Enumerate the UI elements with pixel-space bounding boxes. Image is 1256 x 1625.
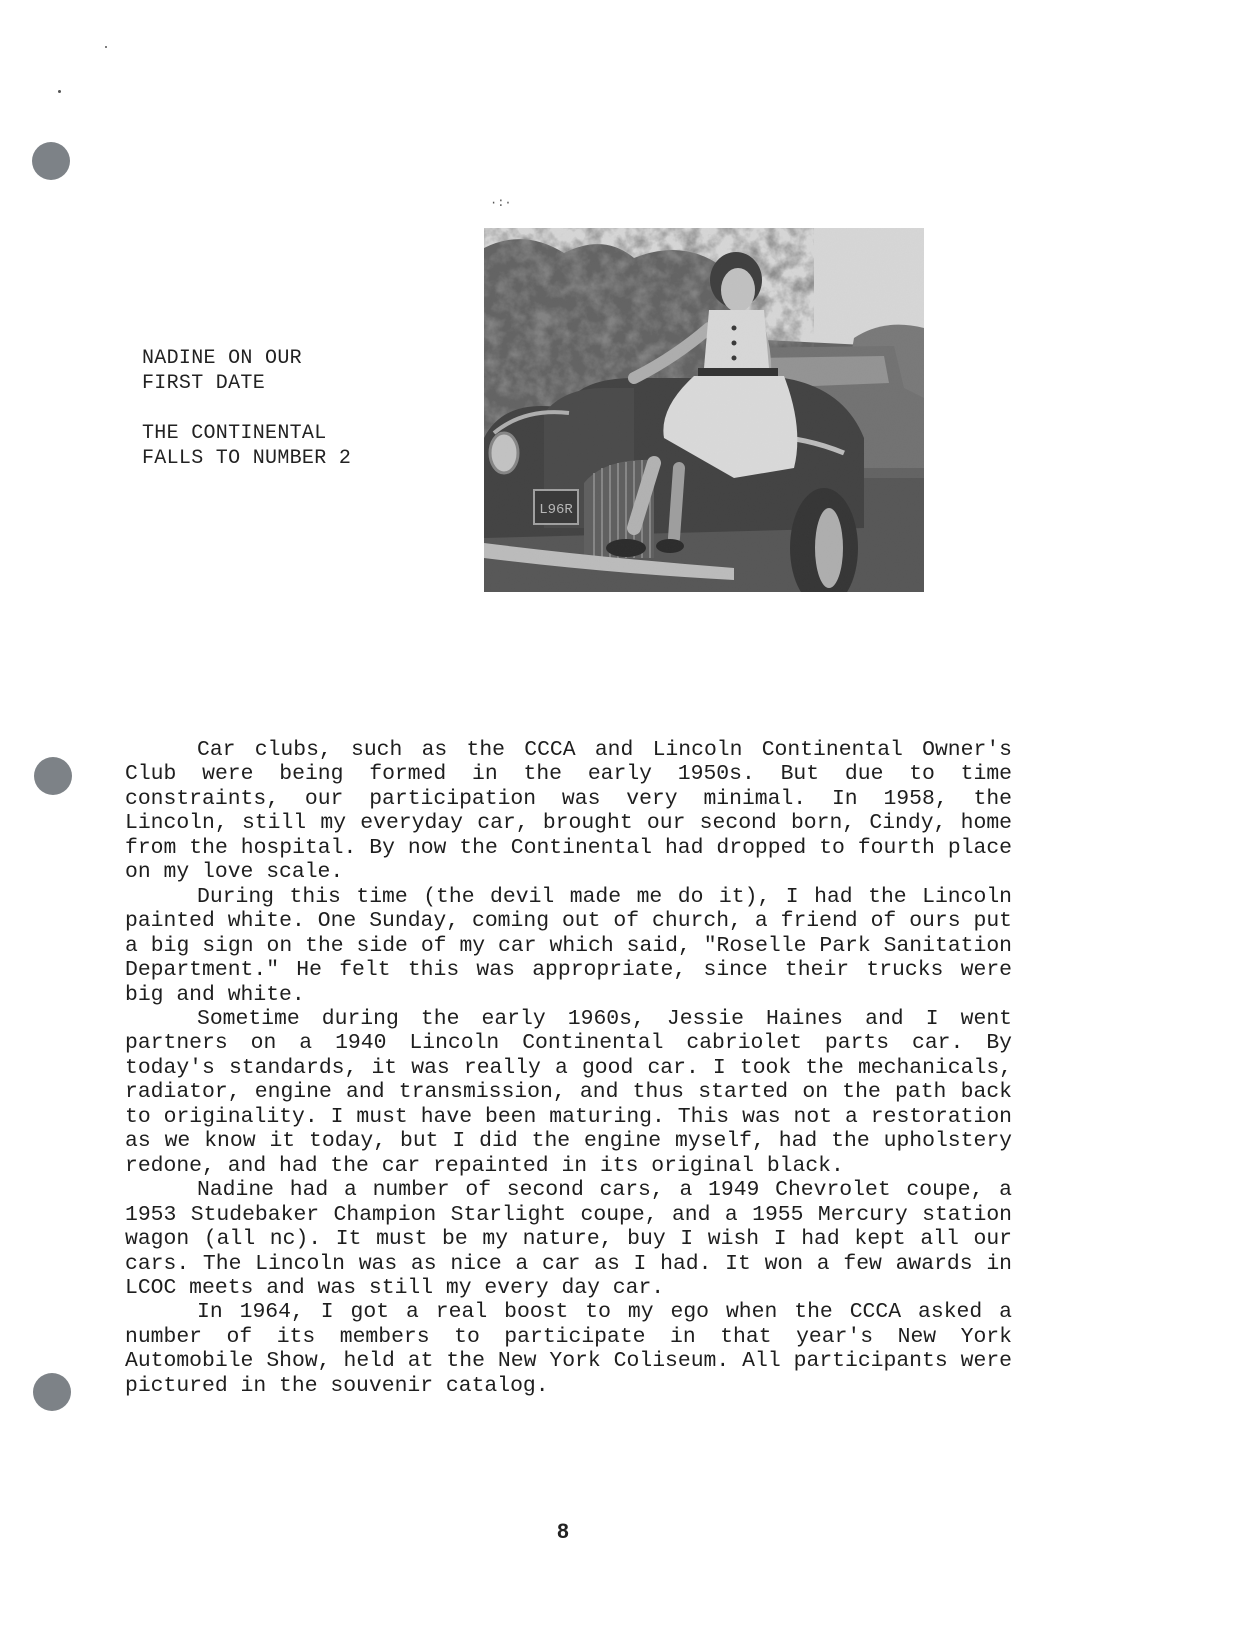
photo-illustration: L96R (484, 228, 924, 592)
binder-punch-hole (33, 1373, 71, 1411)
paragraph: During this time (the devil made me do i… (125, 885, 1012, 1007)
caption-line: FALLS TO NUMBER 2 (142, 446, 351, 471)
page-number: 8 (553, 1520, 573, 1544)
binder-punch-hole (32, 142, 70, 180)
caption-line: FIRST DATE (142, 371, 351, 396)
paragraph: Nadine had a number of second cars, a 19… (125, 1178, 1012, 1300)
scan-mark: ·:· (490, 196, 512, 210)
paragraph: In 1964, I got a real boost to my ego wh… (125, 1300, 1012, 1398)
car-photo: L96R (484, 228, 924, 592)
scan-speck (105, 46, 107, 48)
paragraph: Sometime during the early 1960s, Jessie … (125, 1007, 1012, 1178)
paragraph: Car clubs, such as the CCCA and Lincoln … (125, 738, 1012, 885)
photo-caption: NADINE ON OUR FIRST DATE THE CONTINENTAL… (142, 346, 351, 471)
caption-line: THE CONTINENTAL (142, 421, 351, 446)
caption-line: NADINE ON OUR (142, 346, 351, 371)
binder-punch-hole (34, 757, 72, 795)
article-body: Car clubs, such as the CCCA and Lincoln … (125, 738, 1012, 1398)
scan-speck (58, 90, 61, 93)
